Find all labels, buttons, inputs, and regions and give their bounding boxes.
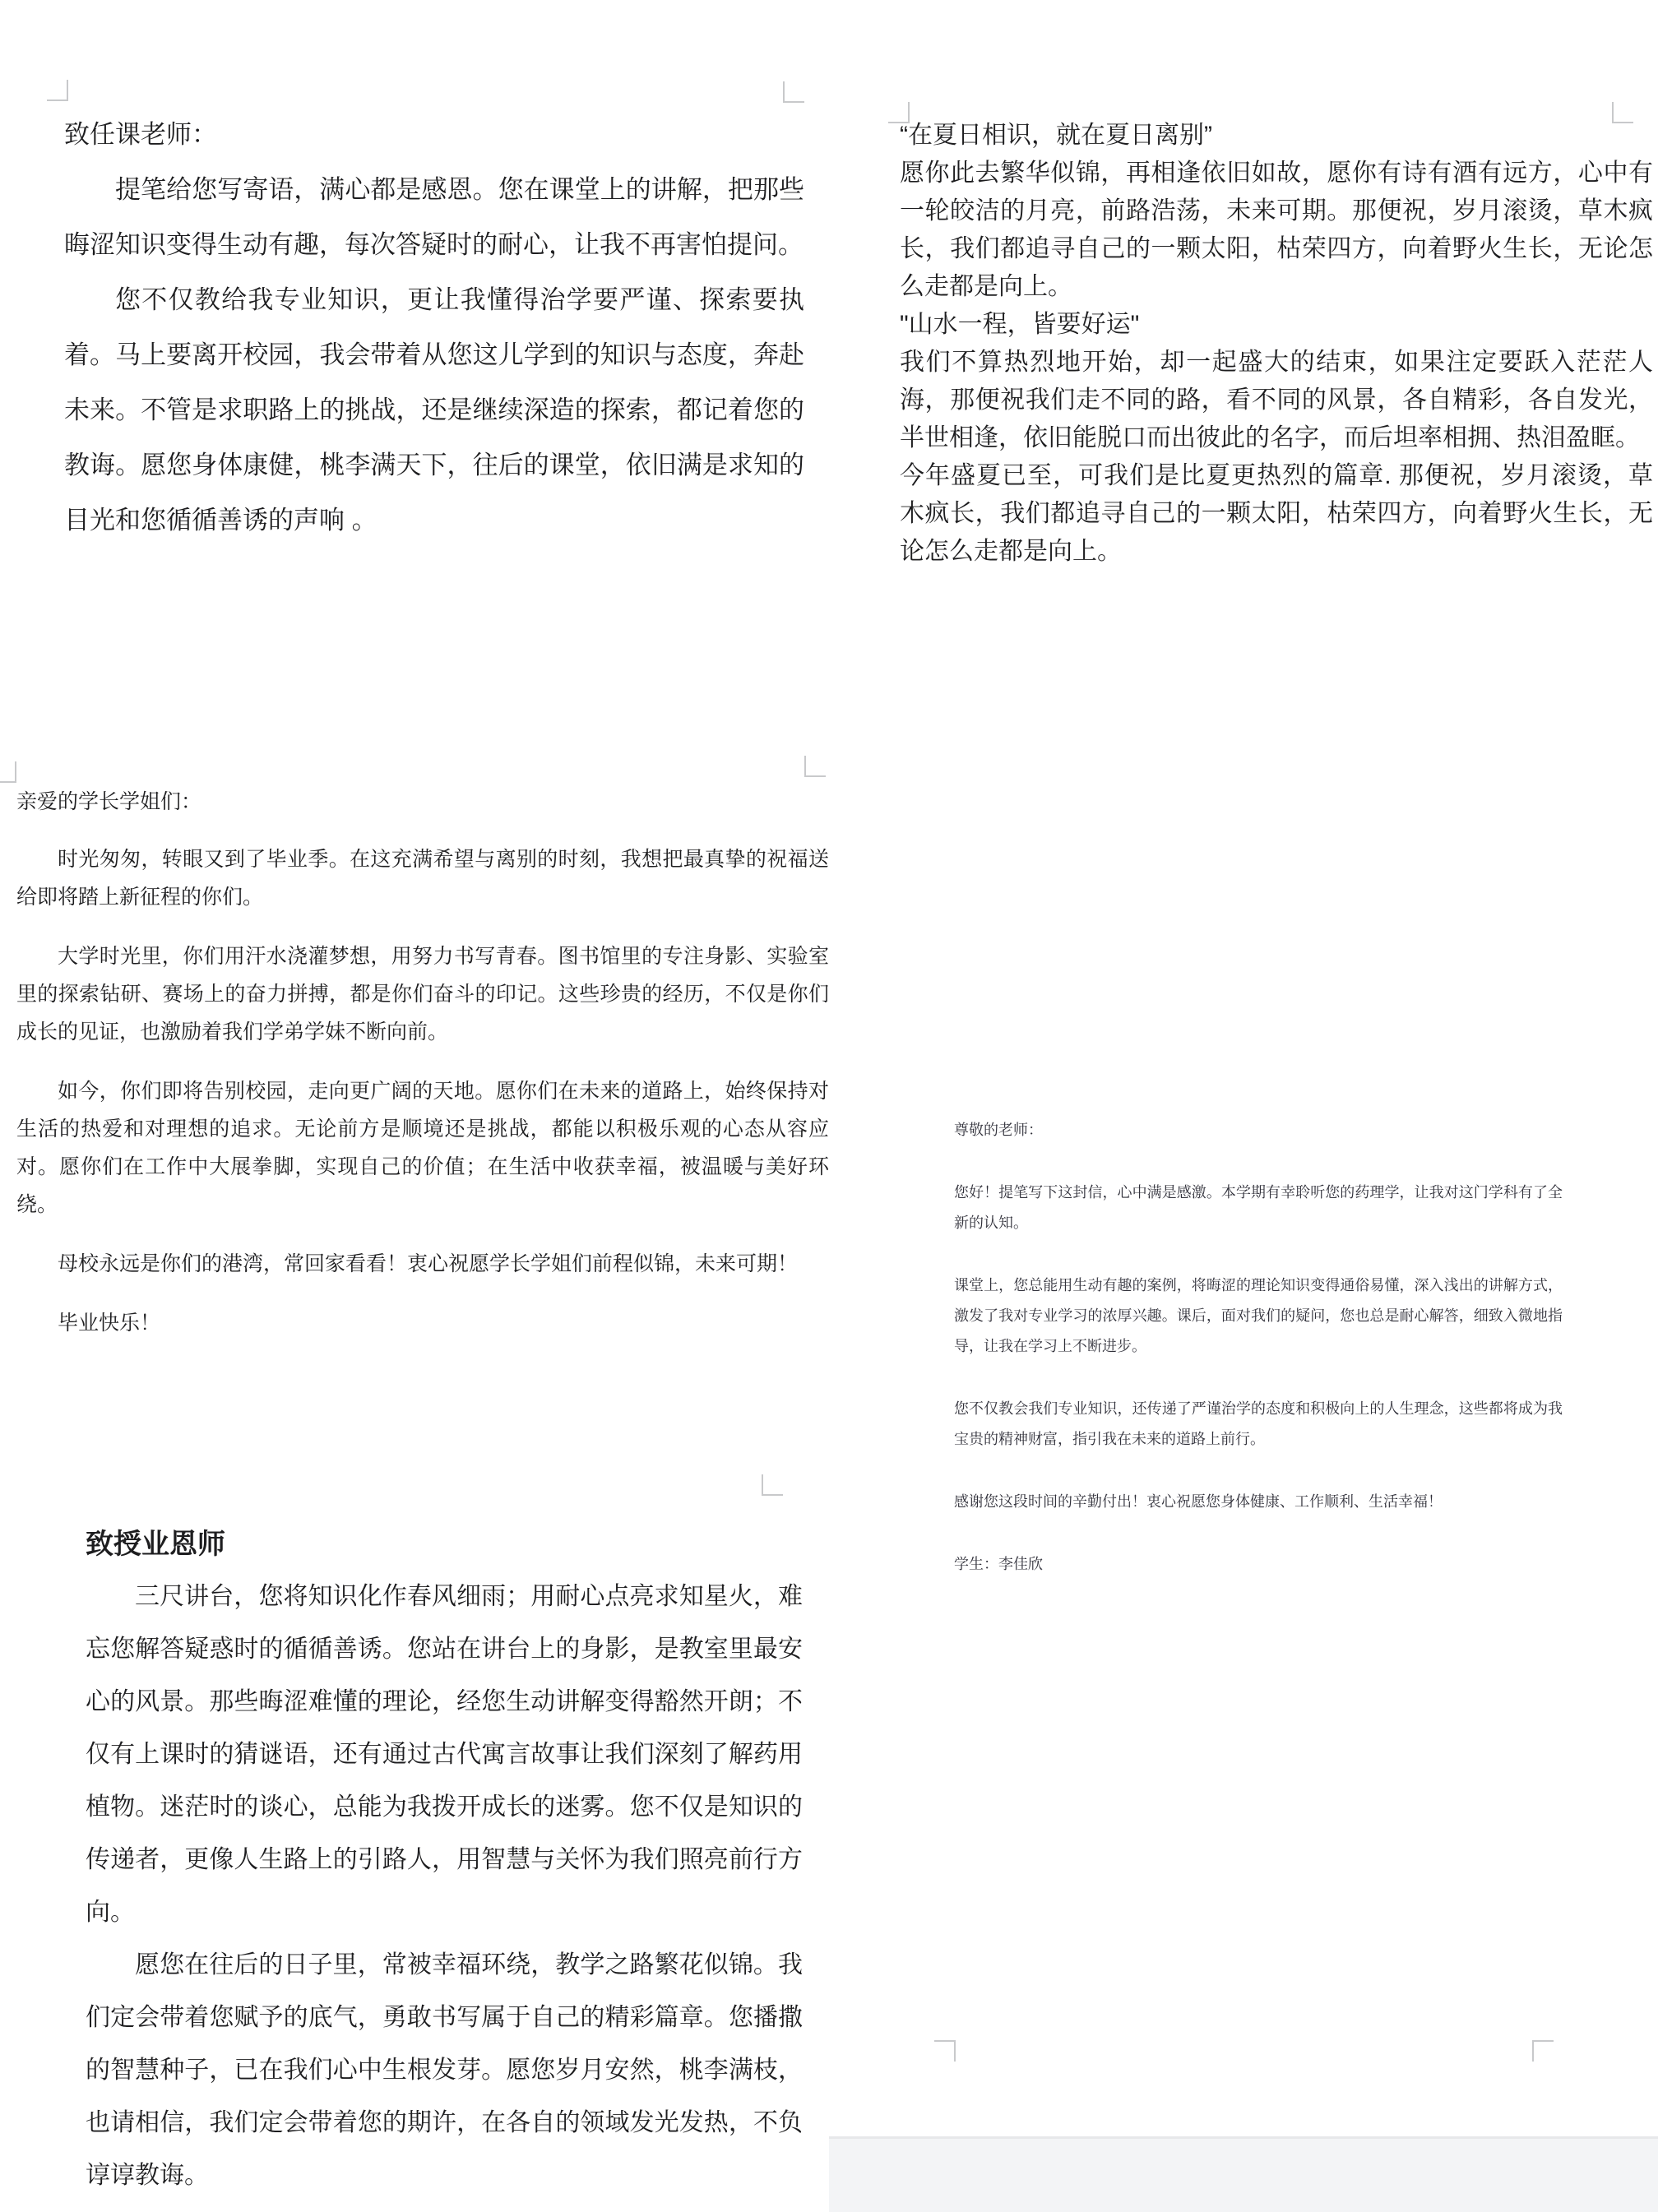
quote-title: "山水一程，皆要好运"	[900, 306, 1653, 344]
summer-farewell-wishes: “在夏日相识，就在夏日离别” 愿你此去繁华似锦，再相逢依旧如故，愿你有诗有酒有远…	[900, 117, 1653, 571]
document-canvas: 致任课老师： 提笔给您写寄语，满心都是感恩。您在课堂上的讲解，把那些晦涩知识变得…	[0, 0, 1658, 2212]
quote-title: “在夏日相识，就在夏日离别”	[900, 117, 1653, 155]
letter-signature: 学生：李佳欣	[954, 1549, 1563, 1580]
letter-salutation: 亲爱的学长学姐们：	[16, 783, 829, 821]
text-boundary-mark-top-left	[47, 80, 68, 101]
letter-paragraph: 大学时光里，你们用汗水浇灌梦想，用努力书写青春。图书馆里的专注身影、实验室里的探…	[16, 937, 829, 1051]
text-boundary-mark-top-left	[0, 761, 16, 783]
pharmacology-thank-you-letter: 尊敬的老师： 您好！提笔写下这封信，心中满是感激。本学期有幸聆听您的药理学，让我…	[954, 1115, 1563, 1580]
app-background-area	[829, 2136, 1658, 2212]
letter-paragraph: 三尺讲台，您将知识化作春风细雨；用耐心点亮求知星火，难忘您解答疑惑时的循循善诱。…	[86, 1571, 803, 1939]
letter-to-mentor: 致授业恩师 三尺讲台，您将知识化作春风细雨；用耐心点亮求知星火，难忘您解答疑惑时…	[86, 1518, 803, 2202]
letter-paragraph: 感谢您这段时间的辛勤付出！衷心祝愿您身体健康、工作顺利、生活幸福！	[954, 1487, 1563, 1517]
letter-paragraph: 母校永远是你们的港湾，常回家看看！衷心祝愿学长学姐们前程似锦，未来可期！	[16, 1245, 829, 1283]
letter-paragraph: 您不仅教会我们专业知识，还传递了严谨治学的态度和积极向上的人生理念，这些都将成为…	[954, 1394, 1563, 1455]
letter-salutation: 致任课老师：	[64, 107, 804, 162]
letter-title: 致授业恩师	[86, 1518, 803, 1571]
letter-paragraph: 课堂上，您总能用生动有趣的案例，将晦涩的理论知识变得通俗易懂，深入浅出的讲解方式…	[954, 1270, 1563, 1362]
letter-paragraph: 愿您在往后的日子里，常被幸福环绕，教学之路繁花似锦。我们定会带着您赋予的底气，勇…	[86, 1939, 803, 2202]
letter-paragraph: 您好！提笔写下这封信，心中满是感激。本学期有幸聆听您的药理学，让我对这门学科有了…	[954, 1178, 1563, 1238]
wish-paragraph: 今年盛夏已至，可我们是比夏更热烈的篇章. 那便祝，岁月滚烫，草木疯长，我们都追寻…	[900, 457, 1653, 571]
letter-paragraph: 您不仅教给我专业知识，更让我懂得治学要严谨、探索要执着。马上要离开校园，我会带着…	[64, 272, 804, 548]
wish-paragraph: 我们不算热烈地开始，却一起盛大的结束，如果注定要跃入茫茫人海，那便祝我们走不同的…	[900, 344, 1653, 457]
letter-paragraph: 提笔给您写寄语，满心都是感恩。您在课堂上的讲解，把那些晦涩知识变得生动有趣，每次…	[64, 162, 804, 272]
text-boundary-mark-bottom-left	[934, 2040, 956, 2062]
text-boundary-mark-bottom-right	[1532, 2040, 1554, 2062]
letter-paragraph: 如今，你们即将告别校园，走向更广阔的天地。愿你们在未来的道路上，始终保持对生活的…	[16, 1072, 829, 1224]
text-boundary-mark-top-right	[804, 756, 826, 777]
letter-paragraph: 时光匆匆，转眼又到了毕业季。在这充满希望与离别的时刻，我想把最真挚的祝福送给即将…	[16, 840, 829, 916]
wish-paragraph: 愿你此去繁华似锦，再相逢依旧如故，愿你有诗有酒有远方，心中有一轮皎洁的月亮，前路…	[900, 155, 1653, 306]
letter-to-graduating-seniors: 亲爱的学长学姐们： 时光匆匆，转眼又到了毕业季。在这充满希望与离别的时刻，我想把…	[16, 783, 829, 1342]
letter-to-course-teacher: 致任课老师： 提笔给您写寄语，满心都是感恩。您在课堂上的讲解，把那些晦涩知识变得…	[64, 107, 804, 548]
text-boundary-mark-top-right	[762, 1474, 783, 1496]
letter-salutation: 尊敬的老师：	[954, 1115, 1563, 1145]
letter-closing: 毕业快乐！	[16, 1304, 829, 1342]
text-boundary-mark-top-right	[783, 81, 804, 103]
